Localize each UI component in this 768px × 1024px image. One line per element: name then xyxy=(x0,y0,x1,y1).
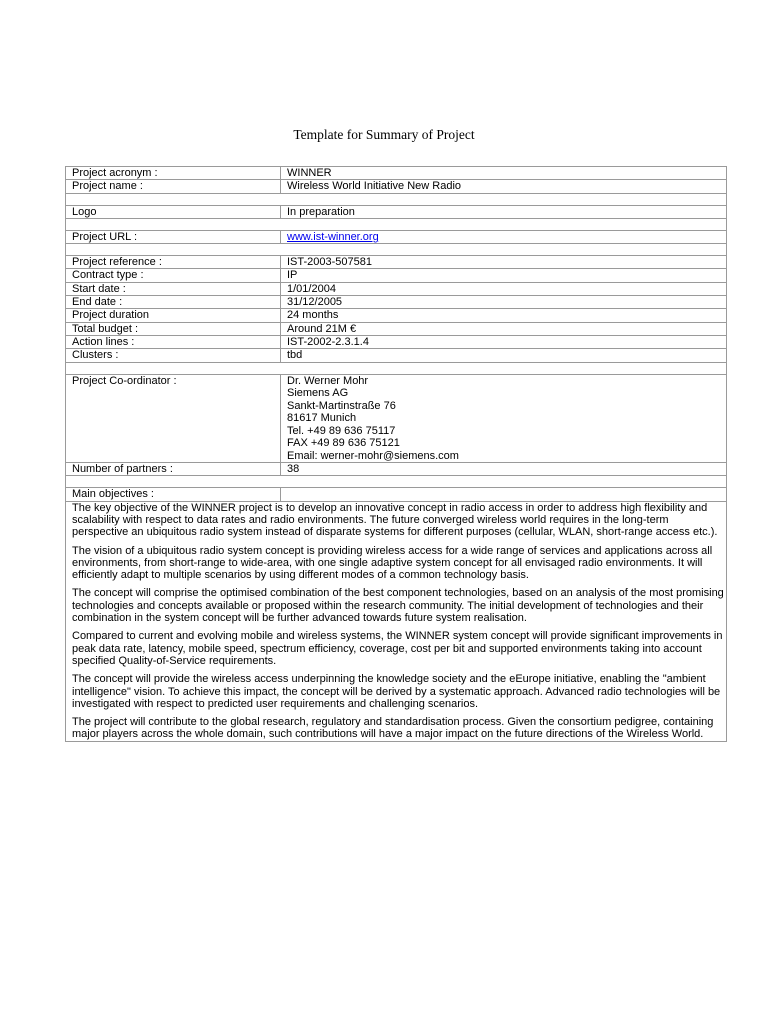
contract-type-value: IP xyxy=(281,269,727,282)
logo-label: Logo xyxy=(66,205,281,218)
objectives-empty-cell xyxy=(281,488,727,501)
name-label: Project name : xyxy=(66,180,281,193)
row-budget: Total budget : Around 21M € xyxy=(66,322,727,335)
row-action-lines: Action lines : IST-2002-2.3.1.4 xyxy=(66,335,727,348)
budget-value: Around 21M € xyxy=(281,322,727,335)
objective-paragraph: Compared to current and evolving mobile … xyxy=(72,630,726,667)
row-partners: Number of partners : 38 xyxy=(66,463,727,476)
start-date-label: Start date : xyxy=(66,282,281,295)
row-clusters: Clusters : tbd xyxy=(66,349,727,362)
row-reference: Project reference : IST-2003-507581 xyxy=(66,256,727,269)
row-acronym: Project acronym : WINNER xyxy=(66,167,727,180)
reference-label: Project reference : xyxy=(66,256,281,269)
coordinator-line: 81617 Munich xyxy=(287,412,726,425)
spacer-cell xyxy=(66,362,727,374)
duration-label: Project duration xyxy=(66,309,281,322)
url-value-cell: www.ist-winner.org xyxy=(281,230,727,243)
spacer-row xyxy=(66,193,727,205)
objective-paragraph: The vision of a ubiquitous radio system … xyxy=(72,545,726,582)
spacer-row xyxy=(66,476,727,488)
objective-paragraph: The concept will provide the wireless ac… xyxy=(72,673,726,710)
coordinator-value: Dr. Werner Mohr Siemens AG Sankt-Martins… xyxy=(281,374,727,463)
spacer-cell xyxy=(66,476,727,488)
coordinator-label: Project Co-ordinator : xyxy=(66,374,281,463)
row-contract-type: Contract type : IP xyxy=(66,269,727,282)
contract-type-label: Contract type : xyxy=(66,269,281,282)
budget-label: Total budget : xyxy=(66,322,281,335)
objectives-text: The key objective of the WINNER project … xyxy=(66,501,727,741)
row-url: Project URL : www.ist-winner.org xyxy=(66,230,727,243)
end-date-value: 31/12/2005 xyxy=(281,296,727,309)
reference-value: IST-2003-507581 xyxy=(281,256,727,269)
spacer-row xyxy=(66,218,727,230)
coordinator-line: Email: werner-mohr@siemens.com xyxy=(287,450,726,463)
coordinator-line: Sankt-Martinstraße 76 xyxy=(287,400,726,413)
action-lines-label: Action lines : xyxy=(66,335,281,348)
row-start-date: Start date : 1/01/2004 xyxy=(66,282,727,295)
row-name: Project name : Wireless World Initiative… xyxy=(66,180,727,193)
project-url-link[interactable]: www.ist-winner.org xyxy=(287,231,379,243)
objectives-label: Main objectives : xyxy=(66,488,281,501)
objective-paragraph: The project will contribute to the globa… xyxy=(72,716,726,741)
objective-paragraph: The concept will comprise the optimised … xyxy=(72,587,726,624)
logo-value: In preparation xyxy=(281,205,727,218)
coordinator-line: Tel. +49 89 636 75117 xyxy=(287,425,726,438)
page-title: Template for Summary of Project xyxy=(0,127,768,143)
row-logo: Logo In preparation xyxy=(66,205,727,218)
spacer-cell xyxy=(66,218,727,230)
row-duration: Project duration 24 months xyxy=(66,309,727,322)
coordinator-line: Dr. Werner Mohr xyxy=(287,375,726,388)
duration-value: 24 months xyxy=(281,309,727,322)
spacer-row xyxy=(66,362,727,374)
project-summary-table: Project acronym : WINNER Project name : … xyxy=(65,166,727,742)
coordinator-line: FAX +49 89 636 75121 xyxy=(287,437,726,450)
action-lines-value: IST-2002-2.3.1.4 xyxy=(281,335,727,348)
objective-paragraph: The key objective of the WINNER project … xyxy=(72,502,726,539)
clusters-label: Clusters : xyxy=(66,349,281,362)
coordinator-line: Siemens AG xyxy=(287,387,726,400)
row-end-date: End date : 31/12/2005 xyxy=(66,296,727,309)
row-objectives-body: The key objective of the WINNER project … xyxy=(66,501,727,741)
start-date-value: 1/01/2004 xyxy=(281,282,727,295)
spacer-cell xyxy=(66,244,727,256)
acronym-label: Project acronym : xyxy=(66,167,281,180)
partners-value: 38 xyxy=(281,463,727,476)
row-objectives-header: Main objectives : xyxy=(66,488,727,501)
end-date-label: End date : xyxy=(66,296,281,309)
clusters-value: tbd xyxy=(281,349,727,362)
row-coordinator: Project Co-ordinator : Dr. Werner Mohr S… xyxy=(66,374,727,463)
url-label: Project URL : xyxy=(66,230,281,243)
name-value: Wireless World Initiative New Radio xyxy=(281,180,727,193)
partners-label: Number of partners : xyxy=(66,463,281,476)
spacer-cell xyxy=(66,193,727,205)
spacer-row xyxy=(66,244,727,256)
acronym-value: WINNER xyxy=(281,167,727,180)
